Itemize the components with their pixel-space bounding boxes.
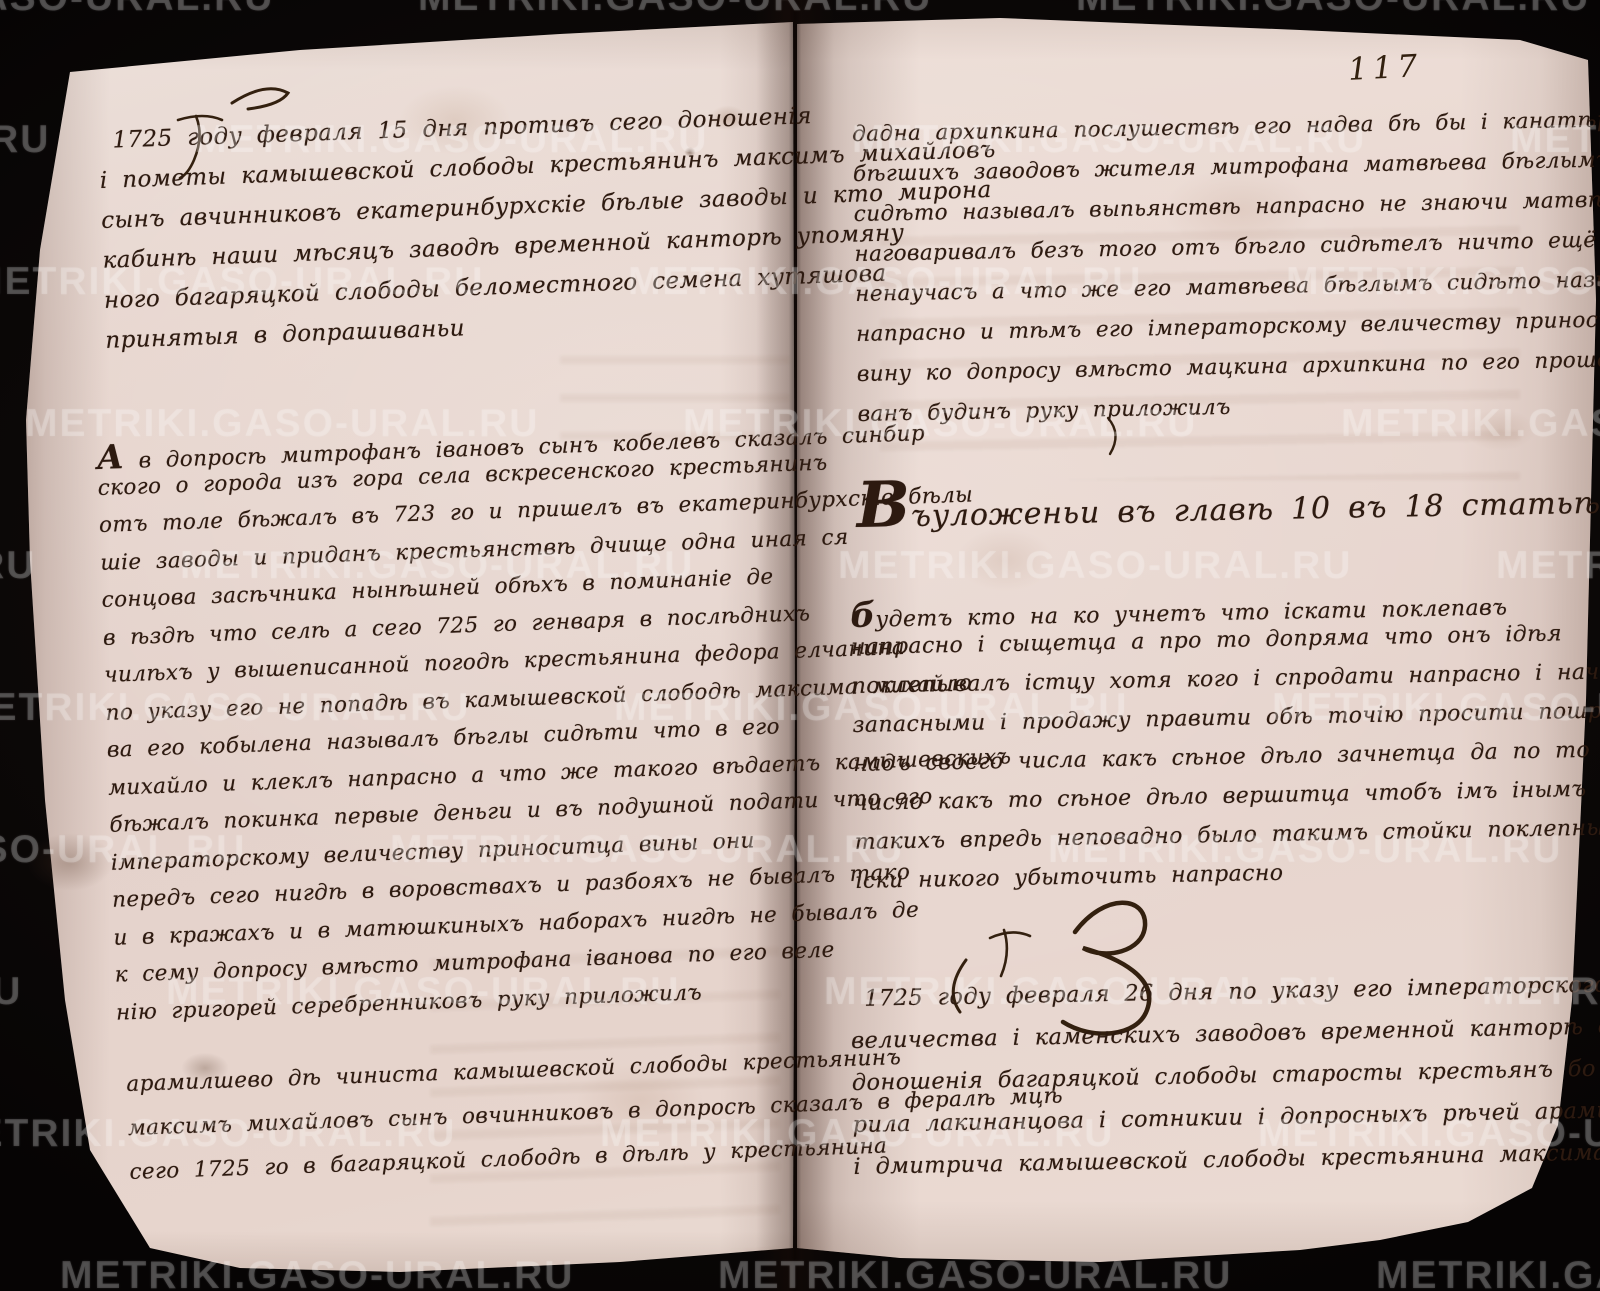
left-paragraph-2: А в допросѣ митрофанъ івановъ сынъ кобел… — [96, 414, 817, 1038]
watermark-text: METRIKI.GASO-URAL.RU — [0, 970, 22, 1014]
left-paragraph-1: 1725 году февраля 15 дня противъ сего до… — [98, 104, 796, 368]
right-heading: Въуложеньи въ главѣ 10 въ 18 статьѣ напе… — [856, 455, 1557, 524]
right-paragraph-2: будетъ кто на ко учнетъ что іскати покле… — [850, 583, 1556, 908]
watermark-text: METRIKI.GASO-URAL.RU — [718, 1254, 1232, 1291]
watermark-text: METRIKI.GASO-URAL.RU — [418, 0, 932, 20]
watermark-text: METRIKI.GASO-URAL.RU — [0, 0, 274, 20]
manuscript-scan: 117 1725 году февраля 15 дня противъ сег… — [0, 0, 1600, 1291]
page-number: 117 — [1347, 48, 1423, 88]
watermark-text: METRIKI.GASO-URAL.RU — [1076, 0, 1590, 20]
handwriting-line: Въуложеньи въ главѣ 10 въ 18 статьѣ напе… — [856, 455, 1557, 524]
watermark-text: METRIKI.GASO-URAL.RU — [0, 118, 50, 162]
watermark-text: METRIKI.GASO-URAL.RU — [1376, 1254, 1600, 1291]
right-paragraph-1: дадна архипкина послушествѣ его надва бѣ… — [852, 109, 1558, 442]
left-paragraph-3: арамилшево дѣ чиниста камышевской слобод… — [126, 1049, 790, 1204]
right-paragraph-3: 1725 году февраля 26 дня по указу его ім… — [850, 973, 1554, 1196]
